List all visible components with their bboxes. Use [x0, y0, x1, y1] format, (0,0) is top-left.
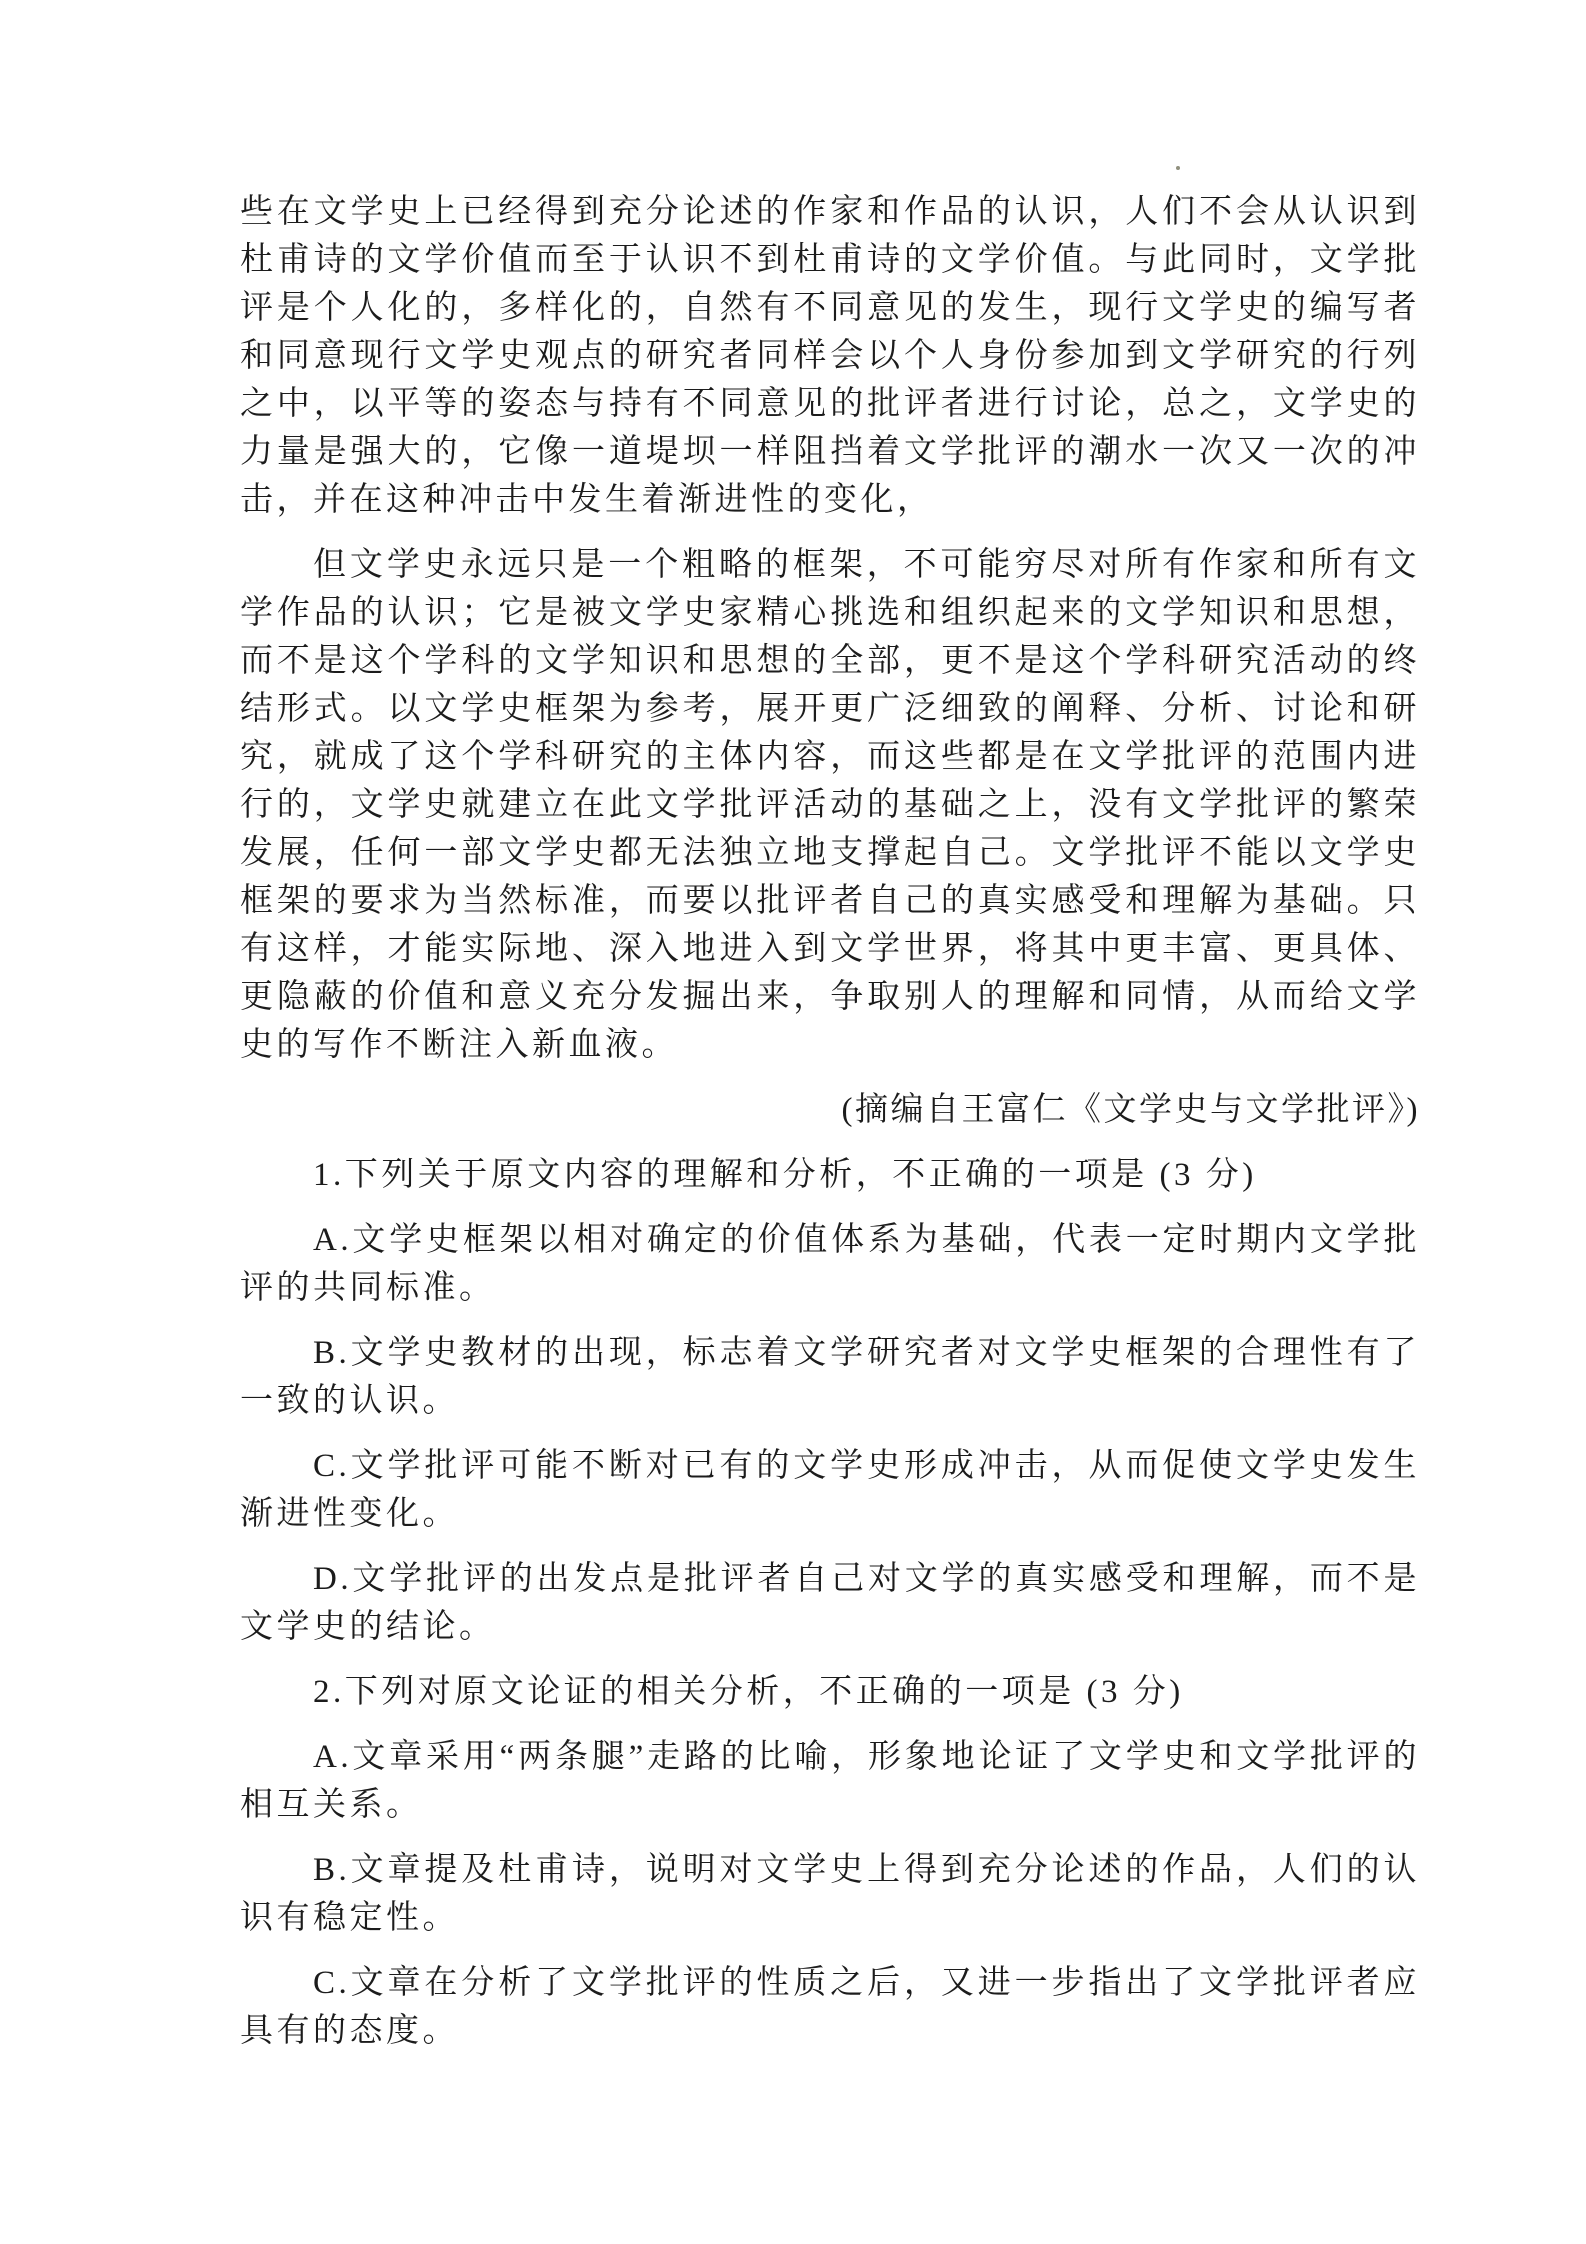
scan-speck-artifact	[1176, 166, 1180, 170]
passage-paragraph-1: 些在文学史上已经得到充分论述的作家和作品的认识，人们不会从认识到杜甫诗的文学价值…	[240, 188, 1420, 524]
question-1-option-a: A.文学史框架以相对确定的价值体系为基础，代表一定时期内文学批评的共同标准。	[240, 1216, 1420, 1312]
passage-paragraph-2: 但文学史永远只是一个粗略的框架，不可能穷尽对所有作家和所有文学作品的认识；它是被…	[240, 541, 1420, 1069]
question-2-option-c: C.文章在分析了文学批评的性质之后，又进一步指出了文学批评者应具有的态度。	[240, 1959, 1420, 2055]
exam-paper-page: { "page": { "background_color": "#ffffff…	[0, 0, 1586, 2244]
question-2-option-a: A.文章采用“两条腿”走路的比喻，形象地论证了文学史和文学批评的相互关系。	[240, 1733, 1420, 1829]
question-1-option-d: D.文学批评的出发点是批评者自己对文学的真实感受和理解，而不是文学史的结论。	[240, 1555, 1420, 1651]
question-2-stem: 2.下列对原文论证的相关分析，不正确的一项是 (3 分)	[240, 1668, 1420, 1716]
question-1-option-c: C.文学批评可能不断对已有的文学史形成冲击，从而促使文学史发生渐进性变化。	[240, 1442, 1420, 1538]
question-1-option-b: B.文学史教材的出现，标志着文学研究者对文学史框架的合理性有了一致的认识。	[240, 1329, 1420, 1425]
passage-and-questions: 些在文学史上已经得到充分论述的作家和作品的认识，人们不会从认识到杜甫诗的文学价值…	[240, 188, 1420, 2072]
passage-source-attribution: (摘编自王富仁《文学史与文学批评》)	[240, 1086, 1420, 1134]
question-2-option-b: B.文章提及杜甫诗，说明对文学史上得到充分论述的作品，人们的认识有稳定性。	[240, 1846, 1420, 1942]
question-1-stem: 1.下列关于原文内容的理解和分析，不正确的一项是 (3 分)	[240, 1151, 1420, 1199]
